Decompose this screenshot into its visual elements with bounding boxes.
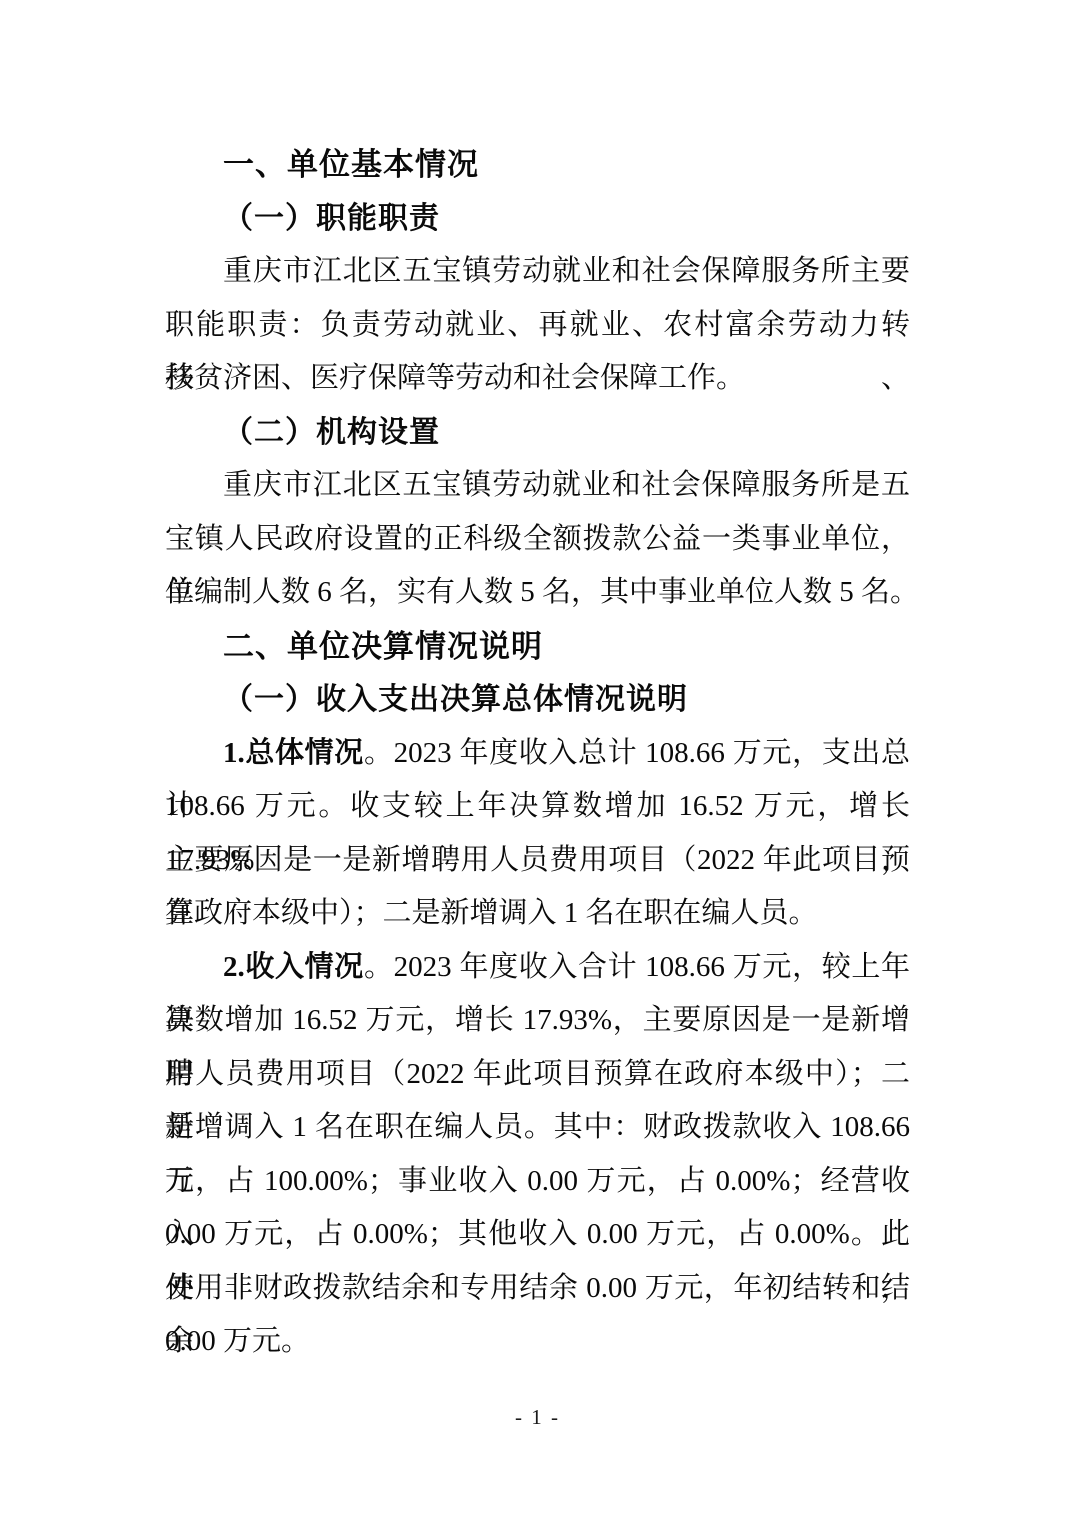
body-text-line: 主要原因是一是新增聘用人员费用项目（2022 年此项目预算 xyxy=(165,834,910,888)
body-text-line: 职能职责：负责劳动就业、再就业、农村富余劳动力转移、 xyxy=(165,299,910,353)
body-text-line: 位编制人数 6 名，实有人数 5 名，其中事业单位人数 5 名。 xyxy=(165,566,910,620)
body-text-line: 元，占 100.00%；事业收入 0.00 万元，占 0.00%；经营收入 xyxy=(165,1155,910,1209)
bold-lead-label: 2.收入情况 xyxy=(223,951,364,983)
body-text-line: 新增调入 1 名在职在编人员。其中：财政拨款收入 108.66 万 xyxy=(165,1101,910,1155)
body-text-line: 0.00 万元。 xyxy=(165,1315,910,1369)
document-body: 一、单位基本情况（一）职能职责重庆市江北区五宝镇劳动就业和社会保障服务所主要职能… xyxy=(165,138,910,1369)
subsection-heading: （二）机构设置 xyxy=(165,406,910,460)
bold-lead-label: 1.总体情况 xyxy=(223,737,364,769)
body-text-line: 算数增加 16.52 万元，增长 17.93%，主要原因是一是新增聘 xyxy=(165,994,910,1048)
body-text-line: 2.收入情况。2023 年度收入合计 108.66 万元，较上年决 xyxy=(165,941,910,995)
body-text-line: 重庆市江北区五宝镇劳动就业和社会保障服务所是五 xyxy=(165,459,910,513)
body-text-line: 108.66 万元。收支较上年决算数增加 16.52 万元，增长 17.93%， xyxy=(165,780,910,834)
body-text-line: 0.00 万元，占 0.00%；其他收入 0.00 万元，占 0.00%。此外， xyxy=(165,1208,910,1262)
section-heading: 二、单位决算情况说明 xyxy=(165,620,910,674)
subsection-heading: （一）收入支出决算总体情况说明 xyxy=(165,673,910,727)
body-text-line: 用人员费用项目（2022 年此项目预算在政府本级中）；二是 xyxy=(165,1048,910,1102)
body-text-line: 重庆市江北区五宝镇劳动就业和社会保障服务所主要 xyxy=(165,245,910,299)
page-number: - 1 - xyxy=(0,1402,1075,1432)
body-text-line: 使用非财政拨款结余和专用结余 0.00 万元，年初结转和结余 xyxy=(165,1262,910,1316)
body-text-line: 在政府本级中）；二是新增调入 1 名在职在编人员。 xyxy=(165,887,910,941)
subsection-heading: （一）职能职责 xyxy=(165,192,910,246)
section-heading: 一、单位基本情况 xyxy=(165,138,910,192)
body-text-line: 1.总体情况。2023 年度收入总计 108.66 万元，支出总计 xyxy=(165,727,910,781)
document-page: 一、单位基本情况（一）职能职责重庆市江北区五宝镇劳动就业和社会保障服务所主要职能… xyxy=(0,0,1075,1520)
body-text-line: 宝镇人民政府设置的正科级全额拨款公益一类事业单位，单 xyxy=(165,513,910,567)
